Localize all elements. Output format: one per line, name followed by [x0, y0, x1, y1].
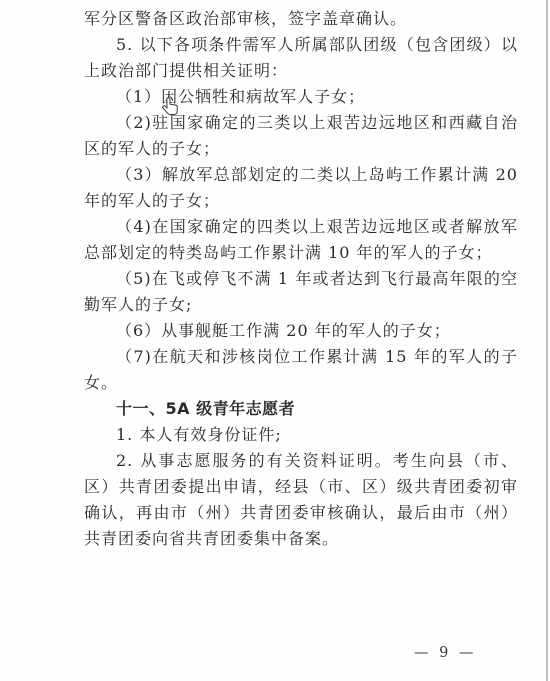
document-body: 军分区警备区政治部审核，签字盖章确认。 5. 以下各项条件需军人所属部队团级（包… [84, 6, 518, 552]
paragraph-item-2: 2. 从事志愿服务的有关资料证明。考生向县（市、区）共青团委提出申请，经县（市、… [84, 448, 518, 552]
paragraph-clause-6: （6）从事舰艇工作满 20 年的军人的子女； [84, 318, 518, 344]
page-right-border [546, 0, 548, 681]
paragraph-item-5: 5. 以下各项条件需军人所属部队团级（包含团级）以上政治部门提供相关证明： [84, 32, 518, 84]
paragraph-clause-2: （2)驻国家确定的三类以上艰苦边远地区和西藏自治区的军人的子女； [84, 110, 518, 162]
paragraph-clause-7: （7)在航天和涉核岗位工作累计满 15 年的军人的子女。 [84, 344, 518, 396]
paragraph-item-1: 1. 本人有效身份证件; [84, 422, 518, 448]
document-page: 军分区警备区政治部审核，签字盖章确认。 5. 以下各项条件需军人所属部队团级（包… [0, 0, 550, 681]
paragraph-continuation: 军分区警备区政治部审核，签字盖章确认。 [84, 6, 518, 32]
paragraph-clause-4: （4)在国家确定的四类以上艰苦边远地区或者解放军总部划定的特类岛屿工作累计满 1… [84, 214, 518, 266]
paragraph-clause-5: （5)在飞或停飞不满 1 年或者达到飞行最高年限的空勤军人的子女; [84, 266, 518, 318]
paragraph-clause-3: （3）解放军总部划定的二类以上岛屿工作累计满 20 年的军人的子女； [84, 162, 518, 214]
section-heading-11: 十一、5A 级青年志愿者 [84, 396, 518, 422]
page-number: — 9 — [414, 645, 476, 661]
paragraph-clause-1: （1）因公牺牲和病故军人子女； [84, 84, 518, 110]
